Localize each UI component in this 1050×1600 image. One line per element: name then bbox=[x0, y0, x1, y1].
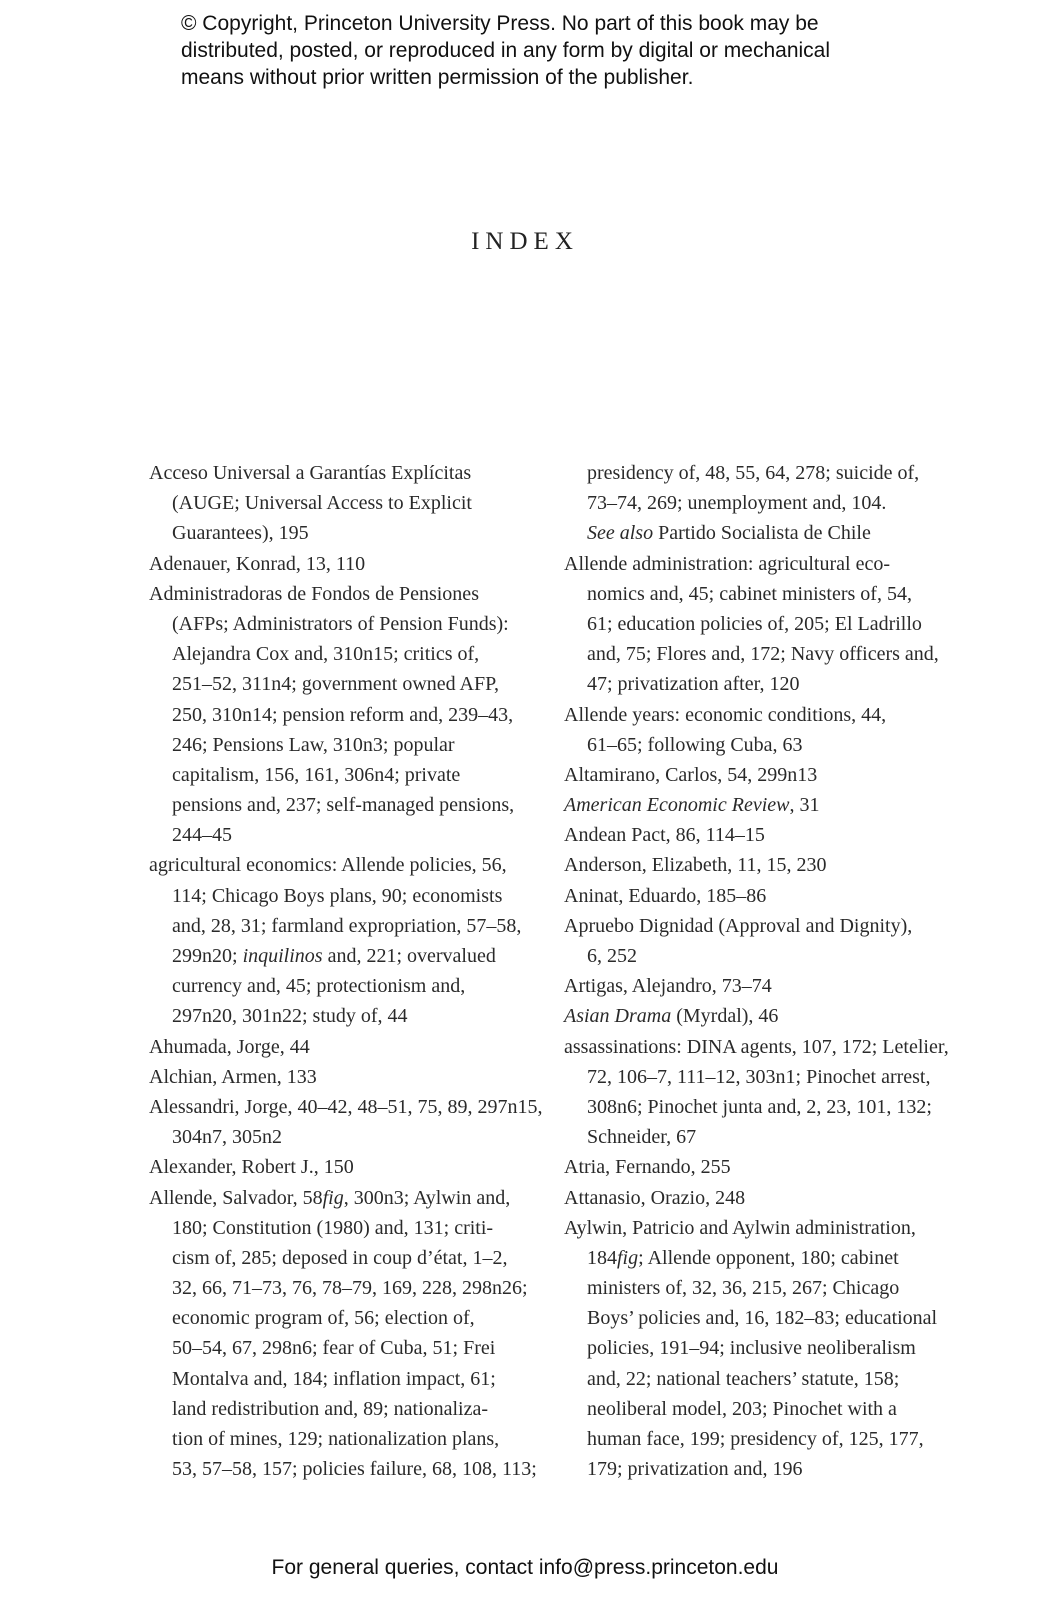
index-entry: Attanasio, Orazio, 248 bbox=[564, 1183, 944, 1213]
index-entry: Allende years: economic conditions, 44,6… bbox=[564, 700, 944, 760]
index-entry: Acceso Universal a Garantías Explícitas(… bbox=[149, 458, 529, 549]
index-entry-heading-line: Alexander, Robert J., 150 bbox=[149, 1152, 529, 1182]
index-entry-subline: 244–45 bbox=[149, 820, 529, 850]
index-entry-heading-line: agricultural economics: Allende policies… bbox=[149, 850, 529, 880]
index-entry-subline: and, 75; Flores and, 172; Navy officers … bbox=[564, 639, 944, 669]
index-entry-subline: Boys’ policies and, 16, 182–83; educatio… bbox=[564, 1303, 944, 1333]
index-entry-heading-line: Andean Pact, 86, 114–15 bbox=[564, 820, 944, 850]
index-entry-subline: policies, 191–94; inclusive neoliberalis… bbox=[564, 1333, 944, 1363]
index-entry: Alessandri, Jorge, 40–42, 48–51, 75, 89,… bbox=[149, 1092, 529, 1152]
index-entry-subline: 304n7, 305n2 bbox=[149, 1122, 529, 1152]
copyright-line: distributed, posted, or reproduced in an… bbox=[181, 37, 901, 64]
index-entry-heading-line: Apruebo Dignidad (Approval and Dignity), bbox=[564, 911, 944, 941]
index-entry: Administradoras de Fondos de Pensiones(A… bbox=[149, 579, 529, 851]
index-entry-subline: nomics and, 45; cabinet ministers of, 54… bbox=[564, 579, 944, 609]
index-entry-heading-line: Aylwin, Patricio and Aylwin administrati… bbox=[564, 1213, 944, 1243]
index-entry-subline: 251–52, 311n4; government owned AFP, bbox=[149, 669, 529, 699]
index-column-right: presidency of, 48, 55, 64, 278; suicide … bbox=[564, 458, 944, 1484]
index-entry-subline: See also Partido Socialista de Chile bbox=[564, 518, 944, 548]
index-entry-subline: 6, 252 bbox=[564, 941, 944, 971]
index-entry-subline: 299n20; inquilinos and, 221; overvalued bbox=[149, 941, 529, 971]
index-entry-heading-line: Atria, Fernando, 255 bbox=[564, 1152, 944, 1182]
index-entry: Adenauer, Konrad, 13, 110 bbox=[149, 549, 529, 579]
index-entry-subline: 32, 66, 71–73, 76, 78–79, 169, 228, 298n… bbox=[149, 1273, 529, 1303]
index-entry-heading-line: Aninat, Eduardo, 185–86 bbox=[564, 881, 944, 911]
index-entry-heading-line: Adenauer, Konrad, 13, 110 bbox=[149, 549, 529, 579]
index-entry: Aylwin, Patricio and Aylwin administrati… bbox=[564, 1213, 944, 1485]
index-entry: Aninat, Eduardo, 185–86 bbox=[564, 881, 944, 911]
index-entry-subline: land redistribution and, 89; nationaliza… bbox=[149, 1394, 529, 1424]
index-entry: Alchian, Armen, 133 bbox=[149, 1062, 529, 1092]
index-entry-subline: capitalism, 156, 161, 306n4; private bbox=[149, 760, 529, 790]
index-entry-subline: 47; privatization after, 120 bbox=[564, 669, 944, 699]
index-entry: Alexander, Robert J., 150 bbox=[149, 1152, 529, 1182]
index-entry-subline: 61–65; following Cuba, 63 bbox=[564, 730, 944, 760]
index-entry-heading-line: Altamirano, Carlos, 54, 299n13 bbox=[564, 760, 944, 790]
index-entry: Artigas, Alejandro, 73–74 bbox=[564, 971, 944, 1001]
index-entry-subline: ministers of, 32, 36, 215, 267; Chicago bbox=[564, 1273, 944, 1303]
index-entry-subline: 184fig; Allende opponent, 180; cabinet bbox=[564, 1243, 944, 1273]
index-entry-heading-line: Attanasio, Orazio, 248 bbox=[564, 1183, 944, 1213]
index-entry-subline: 73–74, 269; unemployment and, 104. bbox=[564, 488, 944, 518]
index-entry-subline: 308n6; Pinochet junta and, 2, 23, 101, 1… bbox=[564, 1092, 944, 1122]
index-entry-subline: 246; Pensions Law, 310n3; popular bbox=[149, 730, 529, 760]
footer-contact: For general queries, contact info@press.… bbox=[0, 1556, 1050, 1580]
page-title: INDEX bbox=[0, 228, 1050, 256]
index-entry-heading-line: Artigas, Alejandro, 73–74 bbox=[564, 971, 944, 1001]
index-entry: Asian Drama (Myrdal), 46 bbox=[564, 1001, 944, 1031]
index-entry: Ahumada, Jorge, 44 bbox=[149, 1032, 529, 1062]
index-entry-heading-line: Alchian, Armen, 133 bbox=[149, 1062, 529, 1092]
index-entry-heading-line: Alessandri, Jorge, 40–42, 48–51, 75, 89,… bbox=[149, 1092, 529, 1122]
index-entry-subline: and, 22; national teachers’ statute, 158… bbox=[564, 1364, 944, 1394]
copyright-line: © Copyright, Princeton University Press.… bbox=[181, 10, 901, 37]
index-entry-heading-line: Allende administration: agricultural eco… bbox=[564, 549, 944, 579]
index-entry-heading-line: Allende years: economic conditions, 44, bbox=[564, 700, 944, 730]
index-entry: Allende administration: agricultural eco… bbox=[564, 549, 944, 700]
index-entry-subline: (AFPs; Administrators of Pension Funds): bbox=[149, 609, 529, 639]
index-entry-subline: 53, 57–58, 157; policies failure, 68, 10… bbox=[149, 1454, 529, 1484]
index-entry-subline: Schneider, 67 bbox=[564, 1122, 944, 1152]
index-entry-subline: 114; Chicago Boys plans, 90; economists bbox=[149, 881, 529, 911]
index-entry-heading-line: Allende, Salvador, 58fig, 300n3; Aylwin … bbox=[149, 1183, 529, 1213]
index-entry: presidency of, 48, 55, 64, 278; suicide … bbox=[564, 458, 944, 549]
index-entry-subline: presidency of, 48, 55, 64, 278; suicide … bbox=[564, 458, 944, 488]
index-entry-subline: neoliberal model, 203; Pinochet with a bbox=[564, 1394, 944, 1424]
index-entry-subline: currency and, 45; protectionism and, bbox=[149, 971, 529, 1001]
index-entry-heading-line: American Economic Review, 31 bbox=[564, 790, 944, 820]
index-entry-subline: cism of, 285; deposed in coup d’état, 1–… bbox=[149, 1243, 529, 1273]
index-entry-subline: (AUGE; Universal Access to Explicit bbox=[149, 488, 529, 518]
index-entry: Altamirano, Carlos, 54, 299n13 bbox=[564, 760, 944, 790]
index-entry-subline: 180; Constitution (1980) and, 131; criti… bbox=[149, 1213, 529, 1243]
index-entry-subline: 179; privatization and, 196 bbox=[564, 1454, 944, 1484]
index-entry-heading-line: Anderson, Elizabeth, 11, 15, 230 bbox=[564, 850, 944, 880]
index-entry-subline: economic program of, 56; election of, bbox=[149, 1303, 529, 1333]
copyright-notice: © Copyright, Princeton University Press.… bbox=[181, 10, 901, 91]
index-entry: Atria, Fernando, 255 bbox=[564, 1152, 944, 1182]
index-entry-subline: 297n20, 301n22; study of, 44 bbox=[149, 1001, 529, 1031]
index-entry-subline: 72, 106–7, 111–12, 303n1; Pinochet arres… bbox=[564, 1062, 944, 1092]
index-entry-subline: Alejandra Cox and, 310n15; critics of, bbox=[149, 639, 529, 669]
index-entry: Apruebo Dignidad (Approval and Dignity),… bbox=[564, 911, 944, 971]
index-entry: Andean Pact, 86, 114–15 bbox=[564, 820, 944, 850]
index-entry-heading-line: assassinations: DINA agents, 107, 172; L… bbox=[564, 1032, 944, 1062]
index-entry-subline: 61; education policies of, 205; El Ladri… bbox=[564, 609, 944, 639]
index-entry: assassinations: DINA agents, 107, 172; L… bbox=[564, 1032, 944, 1153]
copyright-line: means without prior written permission o… bbox=[181, 64, 901, 91]
index-entry-subline: and, 28, 31; farmland expropriation, 57–… bbox=[149, 911, 529, 941]
index-entry-subline: human face, 199; presidency of, 125, 177… bbox=[564, 1424, 944, 1454]
index-entry: Allende, Salvador, 58fig, 300n3; Aylwin … bbox=[149, 1183, 529, 1485]
index-entry-subline: pensions and, 237; self-managed pensions… bbox=[149, 790, 529, 820]
index-entry-heading-line: Asian Drama (Myrdal), 46 bbox=[564, 1001, 944, 1031]
index-entry-subline: Montalva and, 184; inflation impact, 61; bbox=[149, 1364, 529, 1394]
index-entry-subline: 50–54, 67, 298n6; fear of Cuba, 51; Frei bbox=[149, 1333, 529, 1363]
index-entry-subline: 250, 310n14; pension reform and, 239–43, bbox=[149, 700, 529, 730]
index-entry-heading-line: Administradoras de Fondos de Pensiones bbox=[149, 579, 529, 609]
index-column-left: Acceso Universal a Garantías Explícitas(… bbox=[149, 458, 529, 1484]
index-entry-heading-line: Ahumada, Jorge, 44 bbox=[149, 1032, 529, 1062]
index-entry: agricultural economics: Allende policies… bbox=[149, 850, 529, 1031]
index-entry-subline: tion of mines, 129; nationalization plan… bbox=[149, 1424, 529, 1454]
index-entry-heading-line: Acceso Universal a Garantías Explícitas bbox=[149, 458, 529, 488]
index-entry-subline: Guarantees), 195 bbox=[149, 518, 529, 548]
index-entry: American Economic Review, 31 bbox=[564, 790, 944, 820]
index-entry: Anderson, Elizabeth, 11, 15, 230 bbox=[564, 850, 944, 880]
